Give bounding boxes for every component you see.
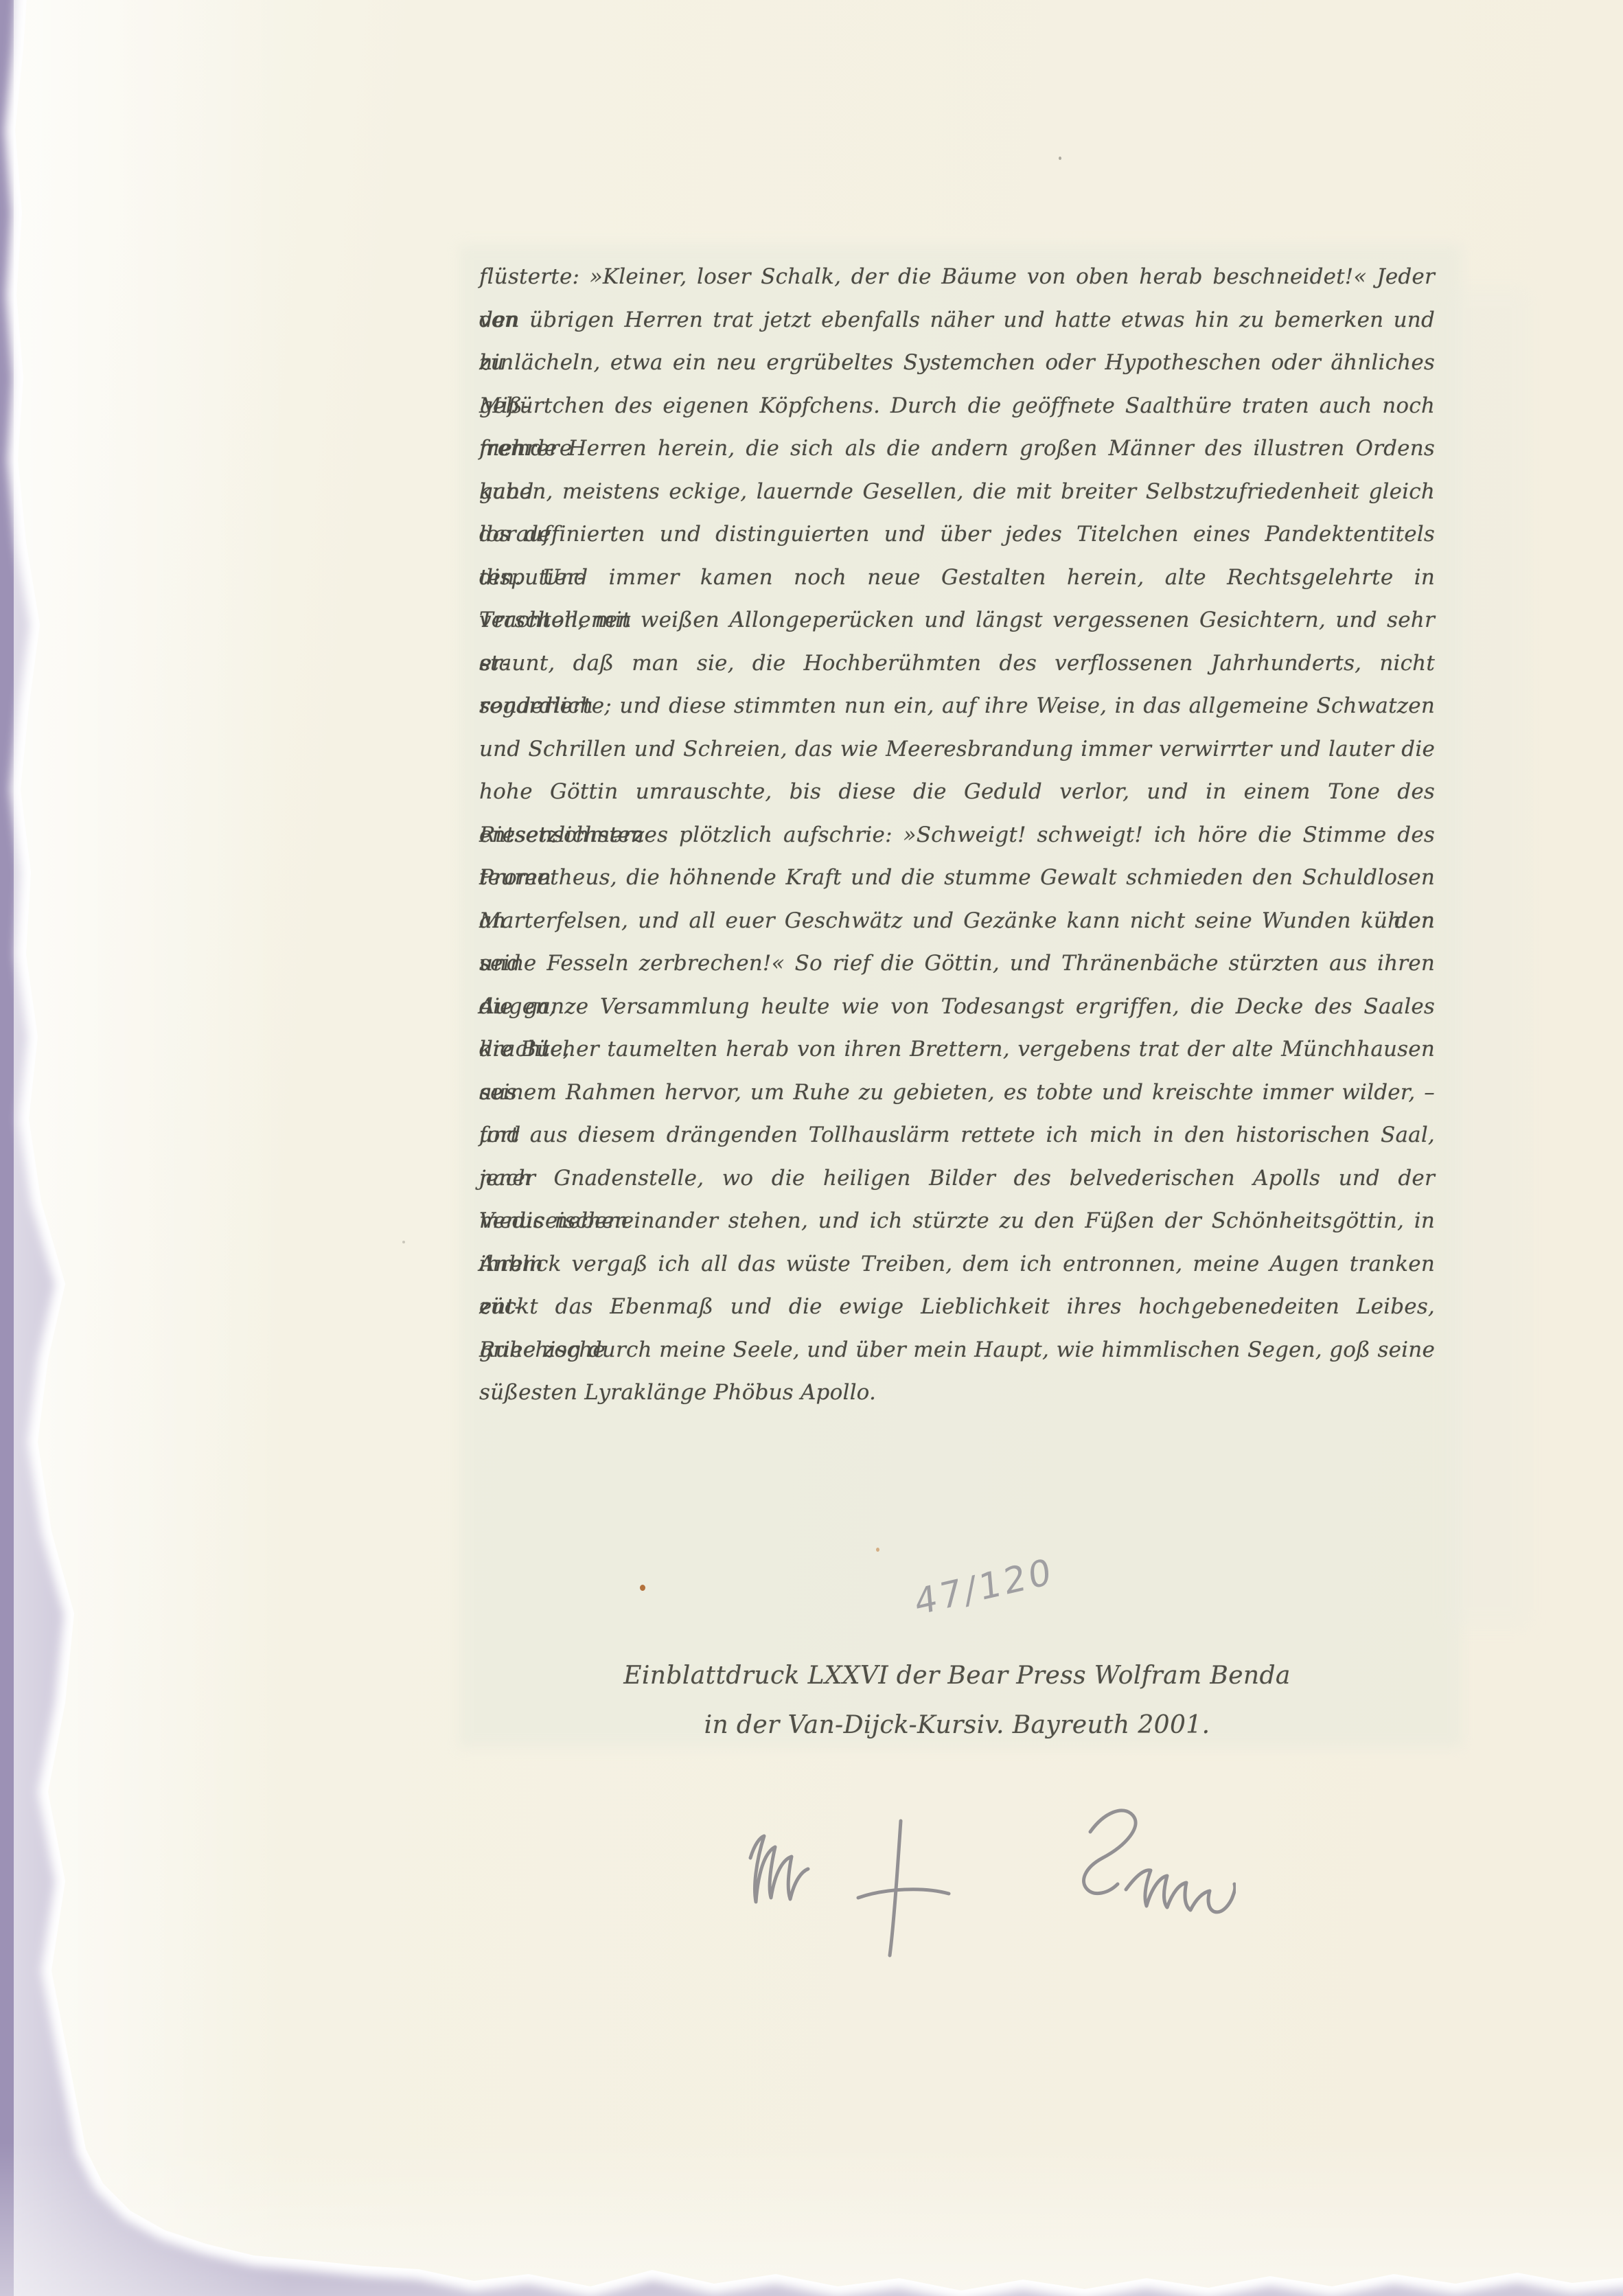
colophon-line-1: Einblattdruck LXXVI der Bear Press Wolfr… [479, 1651, 1435, 1701]
text-line: regardierte; und diese stimmten nun ein,… [479, 685, 1435, 728]
rust-speck [876, 1548, 879, 1552]
text-line: Anblick vergaß ich all das wüste Treiben… [479, 1243, 1435, 1286]
colophon: Einblattdruck LXXVI der Bear Press Wolfr… [479, 1651, 1435, 1750]
text-line: fremde Herren herein, die sich als die a… [479, 427, 1435, 470]
rust-speck [640, 1585, 645, 1591]
text-line: süßesten Lyraklänge Phöbus Apollo. [479, 1371, 1435, 1414]
text-line: Riesenschmerzes plötzlich aufschrie: »Sc… [479, 814, 1435, 857]
text-line: Ruhe zog durch meine Seele, und über mei… [479, 1329, 1435, 1372]
text-line: die Bücher taumelten herab von ihren Bre… [479, 1028, 1435, 1071]
text-line: Prometheus, die höhnende Kraft und die s… [479, 856, 1435, 899]
text-line: gaben, meistens eckige, lauernde Geselle… [479, 470, 1435, 514]
text-line: seinem Rahmen hervor, um Ruhe zu gebiete… [479, 1071, 1435, 1114]
text-line: Venus nebeneinander stehen, und ich stür… [479, 1199, 1435, 1243]
text-line: flüsterte: »Kleiner, loser Schalk, der d… [479, 255, 1435, 299]
text-line: zückt das Ebenmaß und die ewige Lieblich… [479, 1285, 1435, 1329]
text-line: los definierten und distinguierten und ü… [479, 513, 1435, 556]
scanned-page: { "page": { "background_color": "#9c91b5… [0, 0, 1623, 2296]
text-line: gebürtchen des eigenen Köpfchens. Durch … [479, 384, 1435, 428]
text-line: den übrigen Herren trat jetzt ebenfalls … [479, 299, 1435, 342]
text-line: Marterfelsen, und all euer Geschwätz und… [479, 899, 1435, 943]
text-line: die ganze Versammlung heulte wie von Tod… [479, 985, 1435, 1029]
text-line: fort aus diesem drängenden Tollhauslärm … [479, 1114, 1435, 1157]
colophon-line-2: in der Van-Dijck-Kursiv. Bayreuth 2001. [479, 1701, 1435, 1750]
dust-speck [402, 1241, 405, 1243]
text-line: hohe Göttin umrauschte, bis diese die Ge… [479, 770, 1435, 814]
dust-speck [1059, 157, 1061, 160]
text-line: Trachten, mit weißen Allongeperücken und… [479, 599, 1435, 642]
text-line: staunt, daß man sie, die Hochberühmten d… [479, 642, 1435, 685]
text-line: ten. Und immer kamen noch neue Gestalten… [479, 556, 1435, 599]
artist-signature [714, 1778, 1236, 1984]
text-line: seine Fesseln zerbrechen!« So rief die G… [479, 942, 1435, 985]
text-line: zu lächeln, etwa ein neu ergrübeltes Sys… [479, 341, 1435, 384]
letterpress-text-block: flüsterte: »Kleiner, loser Schalk, der d… [479, 255, 1435, 1414]
text-line: und Schrillen und Schreien, das wie Meer… [479, 728, 1435, 771]
printed-leaf-tint-right [1447, 288, 1530, 1627]
text-line: jener Gnadenstelle, wo die heiligen Bild… [479, 1157, 1435, 1200]
